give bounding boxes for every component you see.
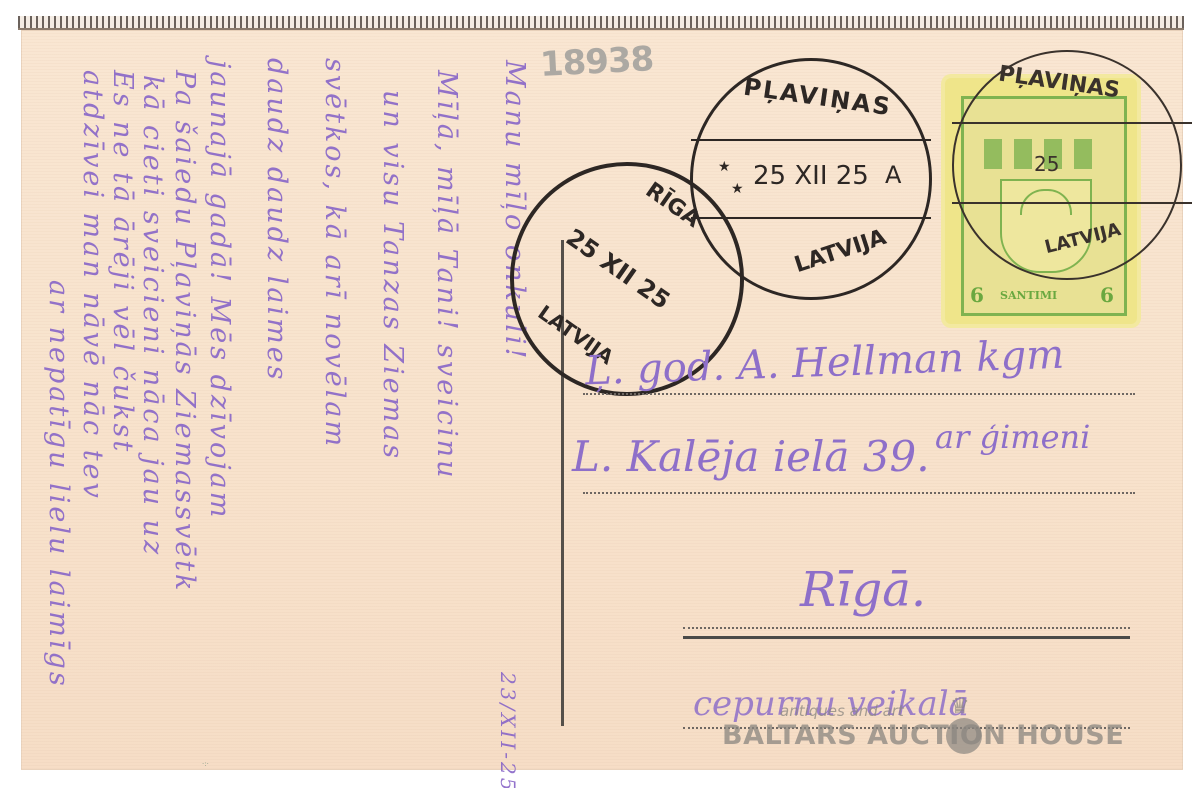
message-line: Pa šaiedu Pļaviņās Ziemassvētk bbox=[169, 70, 200, 593]
star-icon: ★ bbox=[731, 181, 744, 197]
postmark-suffix: A bbox=[885, 161, 901, 189]
star-icon: ★ bbox=[718, 159, 731, 175]
address-line-2-rule bbox=[583, 492, 1135, 494]
postmark-date: 25 XII 25 bbox=[561, 223, 675, 315]
postmark-stamp-cancel: PĻAVIŅAS 25 LATVIJA bbox=[952, 50, 1182, 280]
address-line-1-rule bbox=[583, 393, 1135, 395]
postmark-country: LATVIJA bbox=[1043, 219, 1123, 258]
address-street: L. Kalēja ielā 39. bbox=[572, 432, 930, 481]
postmark-town: PĻAVIŅAS bbox=[742, 73, 894, 122]
message-line: Es ne tā ārēji vēl čukst bbox=[107, 70, 138, 454]
watermark-tagline: antiques and art bbox=[780, 702, 904, 720]
address-line-3-rule bbox=[683, 627, 1130, 629]
message-line: jaunajā gadā! Mēs dzīvojam bbox=[204, 60, 235, 520]
postmark-town: PĻAVIŅAS bbox=[997, 62, 1121, 104]
pencil-inventory-number: 18938 bbox=[539, 39, 654, 85]
watermark-brand: BALTARS AUCTION HOUSE bbox=[722, 720, 1124, 751]
message-line: svētkos, kā arī novēlam bbox=[319, 58, 350, 449]
message-line: daudz daudz laimes bbox=[261, 58, 292, 383]
addressee-family: ar ģimeni bbox=[935, 418, 1090, 456]
stamp-denomination: SANTIMI bbox=[1000, 289, 1057, 302]
message-line: ar nepatīgu lielu laimīgs bbox=[43, 280, 74, 689]
stamp-value-right: 6 bbox=[1100, 283, 1114, 307]
postmark-date: 25 XII 25 bbox=[753, 161, 869, 191]
message-line: un visu Tanzas Ziemas bbox=[377, 90, 408, 461]
date-note: 23/XII-25 bbox=[496, 672, 520, 788]
postmark-date: 25 bbox=[1034, 152, 1059, 176]
stamp-value-left: 6 bbox=[970, 283, 984, 307]
message-line: kā cieti sveicieni nāca jau uz bbox=[137, 75, 168, 557]
crown-icon: ♛ bbox=[950, 694, 970, 719]
postmark-country: LATVIJA bbox=[791, 225, 889, 278]
postmark-town: RĪGA bbox=[641, 178, 705, 233]
message-line: atdzīvei man nāvē nāc tev bbox=[77, 70, 108, 501]
scan-ruler-strip bbox=[18, 16, 1184, 30]
city-underline bbox=[683, 636, 1130, 639]
address-city: Rīgā. bbox=[800, 562, 926, 618]
printer-mark: ·:· bbox=[202, 760, 209, 768]
message-line: Mīļā, mīļā Tani! sveicinu bbox=[431, 70, 462, 480]
